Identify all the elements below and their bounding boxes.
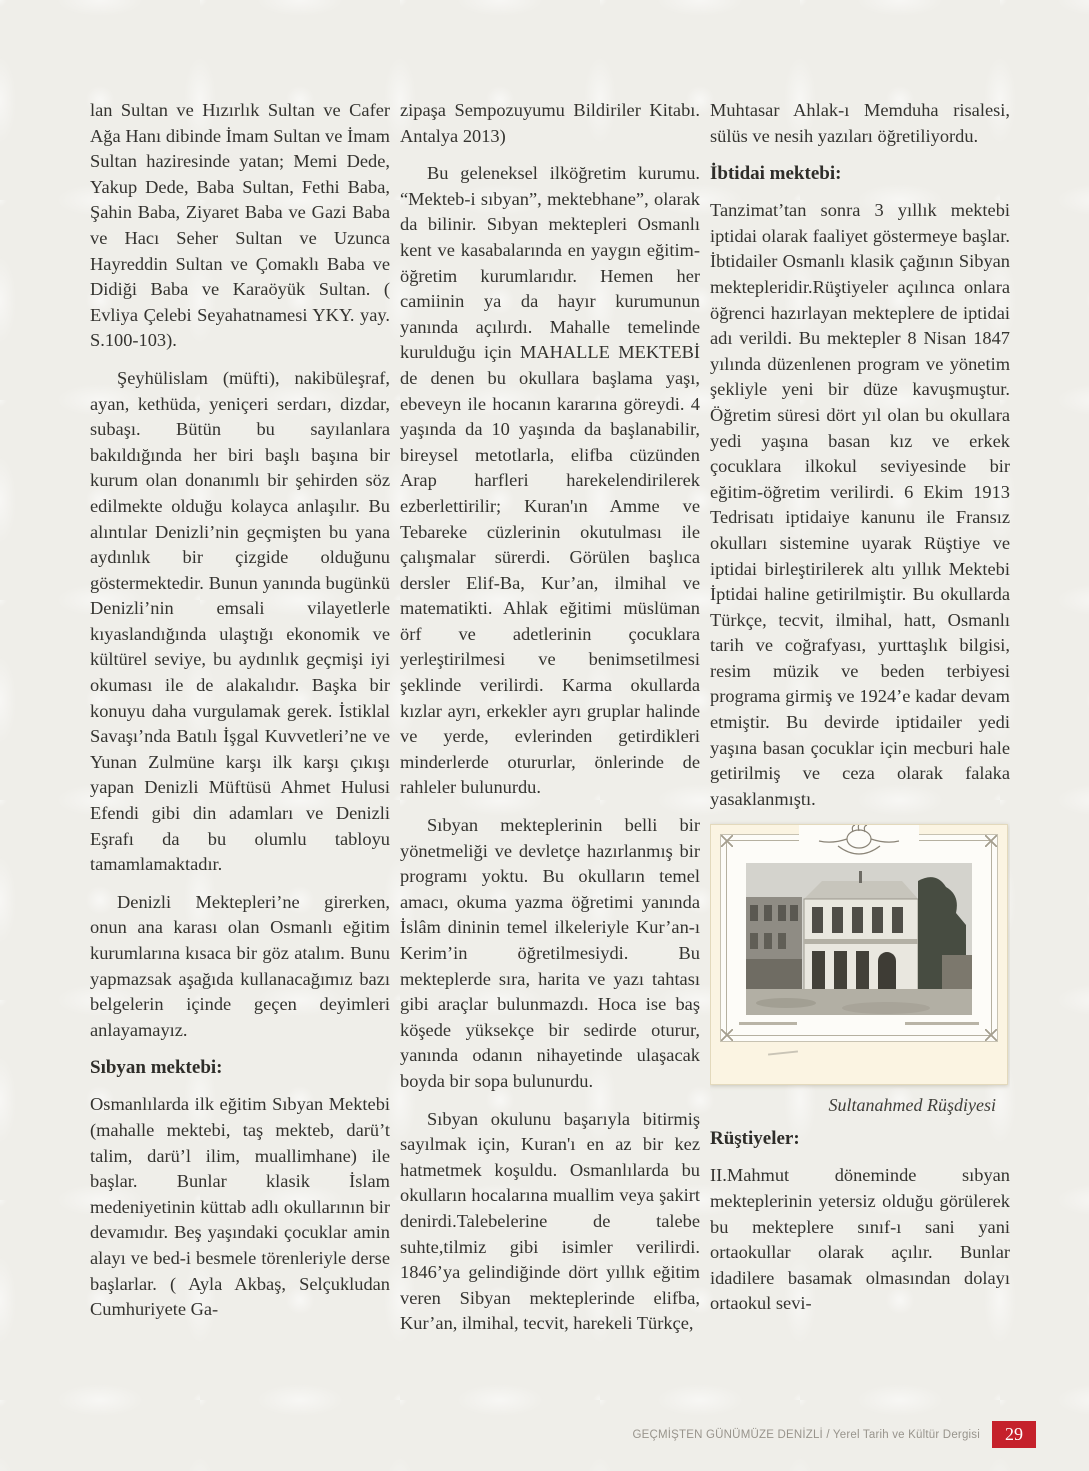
paragraph: lan Sultan ve Hızırlık Sultan ve Cafer A… <box>90 98 390 354</box>
magazine-page: { "footer": { "journal_line": "GEÇMİŞTEN… <box>0 0 1089 1471</box>
paragraph: Sıbyan okulunu başarıyla bitirmiş sayılm… <box>400 1107 700 1337</box>
paragraph: Sıbyan mekteplerinin belli bir yönetmeli… <box>400 813 700 1095</box>
corner-flourish-icon <box>985 1029 997 1041</box>
corner-flourish-icon <box>985 835 997 847</box>
page-number-badge: 29 <box>992 1421 1036 1448</box>
paragraph: Tanzimat’tan sonra 3 yıllık mektebi ipti… <box>710 198 1010 812</box>
plate-imprint-marks <box>739 1022 979 1025</box>
paragraph: zipaşa Sempozuyumu Bildiriler Kitabı. An… <box>400 98 700 149</box>
figure-caption: Sultanahmed Rüşdiyesi <box>710 1095 1010 1116</box>
plate-signature-mark <box>768 1051 798 1056</box>
tughra-icon <box>799 825 919 861</box>
paragraph: Denizli Mektepleri’ne girerken, onun ana… <box>90 890 390 1044</box>
paragraph: II.Mahmut döneminde sıbyan mekteplerinin… <box>710 1163 1010 1317</box>
column-1: lan Sultan ve Hızırlık Sultan ve Cafer A… <box>90 98 390 1420</box>
plate-inner-border <box>726 840 992 1036</box>
section-heading: Rüştiyeler: <box>710 1126 1010 1151</box>
building-photo <box>746 863 972 1015</box>
figure: Sultanahmed Rüşdiyesi <box>710 824 1010 1116</box>
page-footer: GEÇMİŞTEN GÜNÜMÜZE DENİZLİ / Yerel Tarih… <box>632 1421 1036 1448</box>
paragraph: Osmanlılarda ilk eğitim Sıbyan Mektebi (… <box>90 1092 390 1322</box>
corner-flourish-icon <box>721 1029 733 1041</box>
engraving-plate <box>710 824 1008 1085</box>
column-3: Muhtasar Ahlak-ı Memduha risalesi, sülüs… <box>710 98 1010 1420</box>
corner-flourish-icon <box>721 835 733 847</box>
plate-mat <box>720 834 998 1042</box>
section-heading: İbtidai mektebi: <box>710 161 1010 186</box>
paragraph: Şeyhülislam (müfti), nakibüleşraf, ayan,… <box>90 366 390 878</box>
paragraph: Bu geleneksel ilköğretim kurumu. “Mekteb… <box>400 161 700 801</box>
paragraph: Muhtasar Ahlak-ı Memduha risalesi, sülüs… <box>710 98 1010 149</box>
column-2: zipaşa Sempozuyumu Bildiriler Kitabı. An… <box>400 98 700 1420</box>
article-columns: lan Sultan ve Hızırlık Sultan ve Cafer A… <box>90 98 1010 1420</box>
journal-title: GEÇMİŞTEN GÜNÜMÜZE DENİZLİ / Yerel Tarih… <box>632 1429 980 1441</box>
section-heading: Sıbyan mektebi: <box>90 1055 390 1080</box>
